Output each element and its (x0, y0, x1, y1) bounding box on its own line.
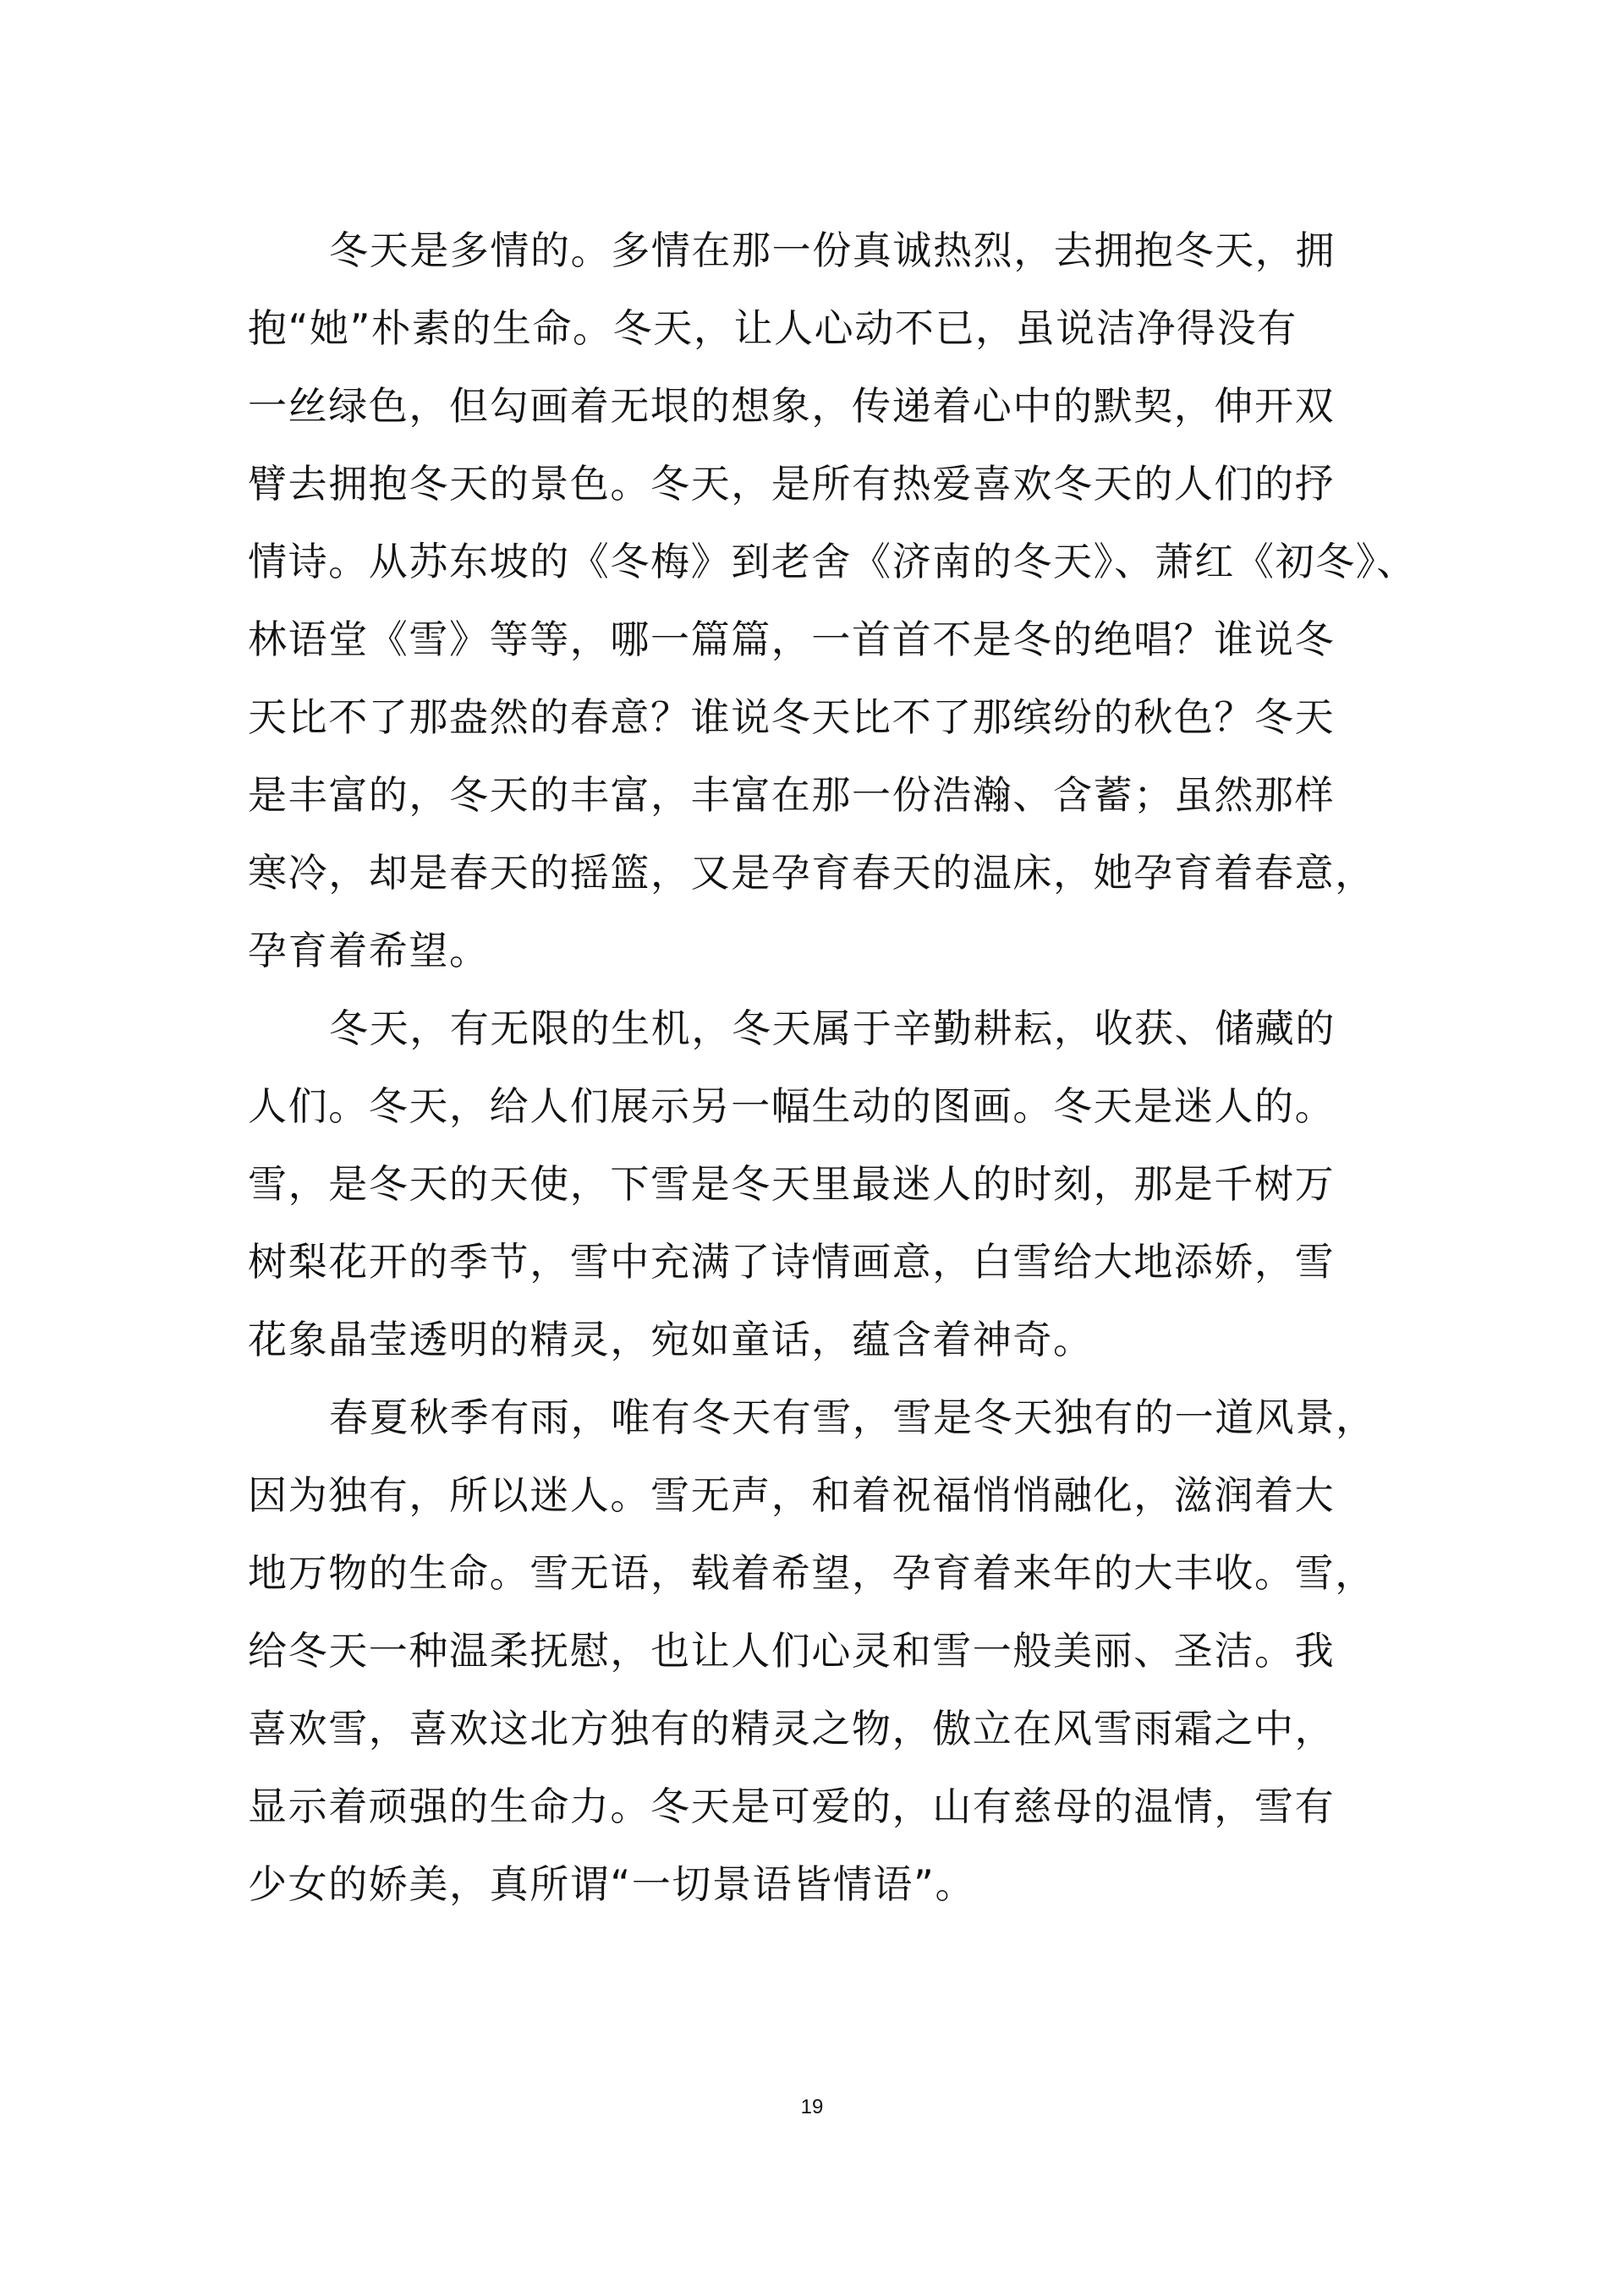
text-line: 臂去拥抱冬天的景色。冬天，是所有热爱喜欢冬天的人们的抒 (248, 445, 1432, 523)
text-line: 是丰富的，冬天的丰富，丰富在那一份浩瀚、含蓄；虽然那样 (248, 756, 1432, 834)
text-line: 天比不了那盎然的春意？谁说冬天比不了那缤纷的秋色？冬天 (248, 678, 1432, 756)
text-line: 人们。冬天，给人们展示另一幅生动的图画。冬天是迷人的。 (248, 1067, 1432, 1145)
text-line: 冬天，有无限的生机，冬天属于辛勤耕耘，收获、储藏的 (248, 989, 1432, 1067)
text-line: 林语堂《雪》等等，哪一篇篇，一首首不是冬的绝唱？谁说冬 (248, 600, 1432, 678)
page-number: 19 (0, 2096, 1624, 2119)
document-page: 冬天是多情的。多情在那一份真诚热烈，去拥抱冬天，拥 抱“她”朴素的生命。冬天，让… (0, 0, 1624, 2296)
paragraph-3: 春夏秋季有雨，唯有冬天有雪，雪是冬天独有的一道风景， 因为独有，所以迷人。雪无声… (248, 1378, 1432, 1923)
text-line: 树梨花开的季节，雪中充满了诗情画意，白雪给大地添娇，雪 (248, 1223, 1432, 1301)
paragraph-1: 冬天是多情的。多情在那一份真诚热烈，去拥抱冬天，拥 抱“她”朴素的生命。冬天，让… (248, 211, 1432, 989)
text-line: 地万物的生命。雪无语，载着希望，孕育着来年的大丰收。雪， (248, 1534, 1432, 1612)
text-line: 抱“她”朴素的生命。冬天，让人心动不已，虽说洁净得没有 (248, 289, 1432, 367)
text-line: 冬天是多情的。多情在那一份真诚热烈，去拥抱冬天，拥 (248, 211, 1432, 289)
text-line: 因为独有，所以迷人。雪无声，和着祝福悄悄融化，滋润着大 (248, 1456, 1432, 1534)
text-line: 一丝绿色，但勾画着无垠的想象，传递着心中的默契，伸开双 (248, 367, 1432, 445)
text-line: 喜欢雪，喜欢这北方独有的精灵之物，傲立在风雪雨霜之中， (248, 1690, 1432, 1767)
text-line: 寒冷，却是春天的摇篮，又是孕育春天的温床，她孕育着春意， (248, 834, 1432, 912)
text-line: 少女的娇美，真所谓“一切景语皆情语”。 (248, 1845, 1432, 1923)
text-line: 显示着顽强的生命力。冬天是可爱的，山有慈母的温情，雪有 (248, 1767, 1432, 1845)
body-text: 冬天是多情的。多情在那一份真诚热烈，去拥抱冬天，拥 抱“她”朴素的生命。冬天，让… (248, 211, 1432, 1923)
text-line: 孕育着希望。 (248, 912, 1432, 989)
text-line: 春夏秋季有雨，唯有冬天有雪，雪是冬天独有的一道风景， (248, 1378, 1432, 1456)
text-line: 花象晶莹透明的精灵，宛如童话，蕴含着神奇。 (248, 1301, 1432, 1378)
text-line: 给冬天一种温柔抚慰，也让人们心灵和雪一般美丽、圣洁。我 (248, 1612, 1432, 1690)
paragraph-2: 冬天，有无限的生机，冬天属于辛勤耕耘，收获、储藏的 人们。冬天，给人们展示另一幅… (248, 989, 1432, 1378)
text-line: 情诗。从苏东坡的《冬梅》到老舍《济南的冬天》、萧红《初冬》、 (248, 523, 1432, 600)
text-line: 雪，是冬天的天使，下雪是冬天里最迷人的时刻，那是千树万 (248, 1145, 1432, 1223)
